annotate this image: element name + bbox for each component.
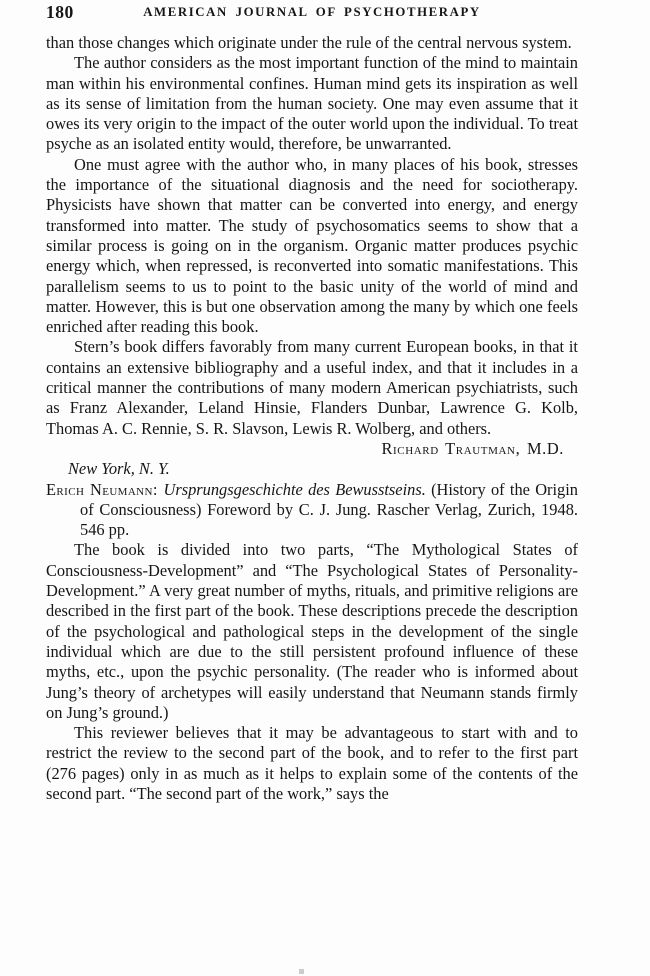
paragraph-book-divided: The book is divided into two parts, “The…: [46, 540, 578, 723]
page-body: than those changes which originate under…: [46, 33, 578, 804]
reviewer-signature: Richard Trautman, M.D.: [46, 439, 578, 459]
running-head: 180 AMERICAN JOURNAL OF PSYCHOTHERAPY: [46, 2, 578, 26]
journal-page: 180 AMERICAN JOURNAL OF PSYCHOTHERAPY th…: [0, 0, 650, 976]
citation-author: Erich Neumann:: [46, 480, 164, 499]
scan-artifact: [299, 969, 304, 974]
citation-book-title: Ursprungsgeschichte des Bewusstseins.: [164, 480, 426, 499]
paragraph-sterns-book: Stern’s book differs favorably from many…: [46, 337, 578, 438]
reviewer-location: New York, N. Y.: [46, 459, 578, 479]
paragraph-author-considers: The author considers as the most importa…: [46, 53, 578, 154]
journal-title: AMERICAN JOURNAL OF PSYCHOTHERAPY: [46, 5, 578, 20]
paragraph-continuation: than those changes which originate under…: [46, 33, 578, 53]
paragraph-this-reviewer: This reviewer believes that it may be ad…: [46, 723, 578, 804]
book-citation: Erich Neumann: Ursprungsgeschichte des B…: [46, 480, 578, 541]
paragraph-one-must-agree: One must agree with the author who, in m…: [46, 155, 578, 338]
